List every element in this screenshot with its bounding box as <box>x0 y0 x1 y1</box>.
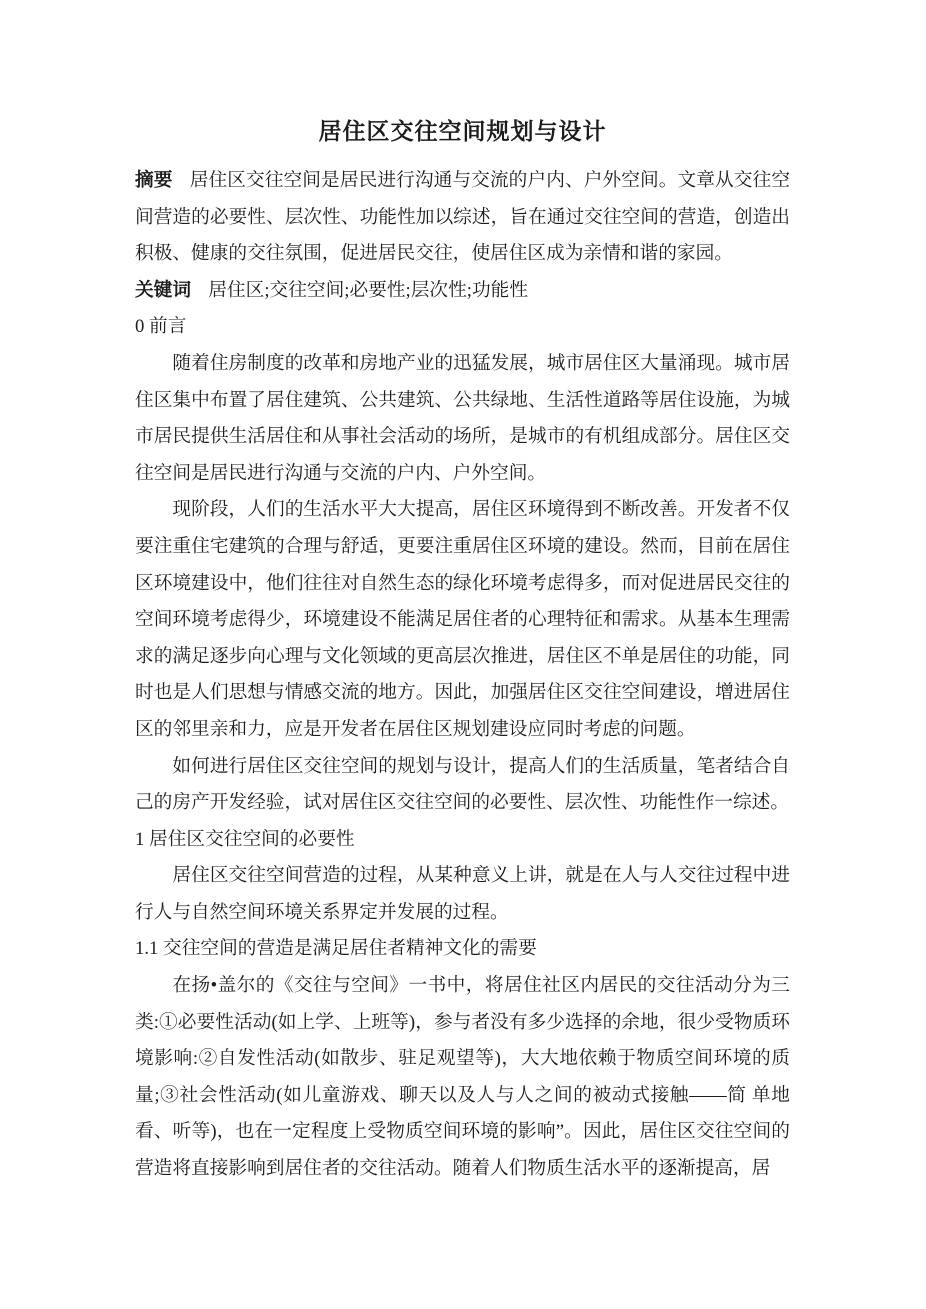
abstract-text: 居住区交往空间是居民进行沟通与交流的户内、户外空间。文章从交往空间营造的必要性、… <box>135 170 790 264</box>
keywords-paragraph: 关键词居住区;交往空间;必要性;层次性;功能性 <box>135 273 790 310</box>
body-paragraph: 居住区交往空间营造的过程，从某种意义上讲，就是在人与人交往过程中进行人与自然空间… <box>135 858 790 931</box>
subsection-heading-spiritual-need: 1.1 交往空间的营造是满足居住者精神文化的需要 <box>135 931 790 968</box>
abstract-label: 摘要 <box>135 170 173 191</box>
section-heading-preface: 0 前言 <box>135 309 790 346</box>
document-page: 居住区交往空间规划与设计 摘要居住区交往空间是居民进行沟通与交流的户内、户外空间… <box>0 0 926 1309</box>
section-heading-necessity: 1 居住区交往空间的必要性 <box>135 822 790 859</box>
keywords-label: 关键词 <box>135 280 191 301</box>
abstract-paragraph: 摘要居住区交往空间是居民进行沟通与交流的户内、户外空间。文章从交往空间营造的必要… <box>135 163 790 273</box>
keywords-text: 居住区;交往空间;必要性;层次性;功能性 <box>208 280 528 301</box>
body-paragraph: 现阶段，人们的生活水平大大提高，居住区环境得到不断改善。开发者不仅要注重住宅建筑… <box>135 492 790 748</box>
document-body: 0 前言 随着住房制度的改革和房地产业的迅猛发展，城市居住区大量涌现。城市居住区… <box>135 309 790 1187</box>
body-paragraph: 随着住房制度的改革和房地产业的迅猛发展，城市居住区大量涌现。城市居住区集中布置了… <box>135 346 790 492</box>
body-paragraph: 如何进行居住区交往空间的规划与设计，提高人们的生活质量，笔者结合自己的房产开发经… <box>135 749 790 822</box>
body-paragraph: 在扬•盖尔的《交往与空间》一书中，将居住社区内居民的交往活动分为三类:①必要性活… <box>135 968 790 1188</box>
document-title: 居住区交往空间规划与设计 <box>135 112 790 152</box>
